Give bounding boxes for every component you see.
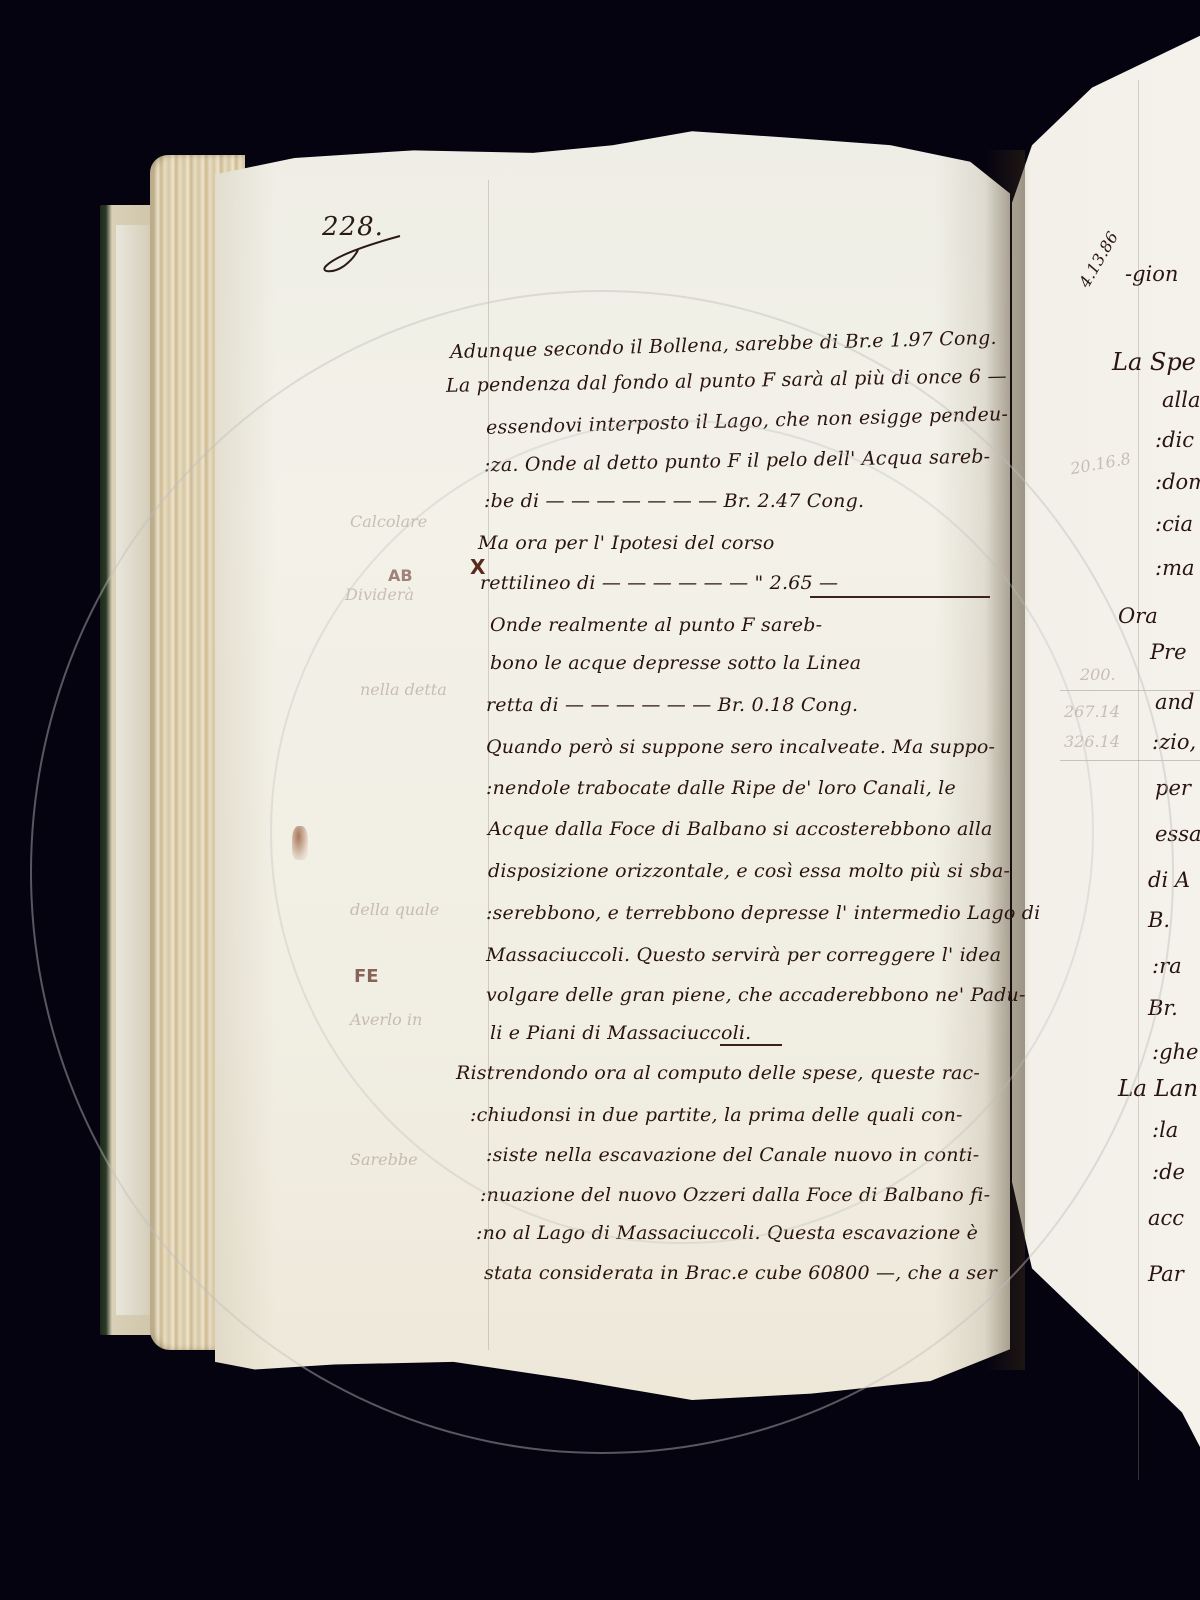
right-page-fragment: :de bbox=[1152, 1160, 1185, 1184]
right-page-fragment: -gion bbox=[1125, 262, 1178, 286]
manuscript-line: volgare delle gran piene, che accaderebb… bbox=[486, 984, 1026, 1006]
manuscript-photo: Calcolare Dividerà nella detta della qua… bbox=[0, 0, 1200, 1600]
right-page-fragment: :ra bbox=[1152, 954, 1182, 978]
margin-mark-ab: AB bbox=[388, 566, 413, 585]
bleed-through-text: Calcolare bbox=[350, 512, 427, 531]
right-page-fragment: and bbox=[1155, 690, 1195, 714]
bleed-through-rule bbox=[1060, 760, 1200, 761]
bleed-through-number: 326.14 bbox=[1064, 732, 1120, 751]
ink-stain bbox=[292, 826, 308, 860]
right-page-fragment: Pre bbox=[1150, 640, 1187, 664]
right-page-fragment: La Lan bbox=[1118, 1076, 1198, 1102]
manuscript-line: stata considerata in Brac.e cube 60800 —… bbox=[484, 1262, 997, 1284]
right-page-fragment: Par bbox=[1148, 1262, 1184, 1286]
manuscript-line: :siste nella escavazione del Canale nuov… bbox=[486, 1144, 979, 1166]
right-page-fragment: essa bbox=[1155, 822, 1200, 846]
right-page-fragment: :zio, bbox=[1152, 730, 1196, 754]
right-page-fragment: :ghe bbox=[1152, 1040, 1198, 1064]
right-page-fragment: :la bbox=[1152, 1118, 1178, 1142]
manuscript-line: :nendole trabocate dalle Ripe de' loro C… bbox=[486, 777, 956, 799]
right-page-margin-rule bbox=[1138, 80, 1139, 1480]
manuscript-line: disposizione orizzontale, e così essa mo… bbox=[488, 860, 1010, 882]
sum-underline bbox=[810, 596, 990, 598]
manuscript-line: Ma ora per l' Ipotesi del corso bbox=[478, 532, 775, 554]
manuscript-line: Onde realmente al punto F sareb- bbox=[490, 614, 822, 636]
bleed-through-number: 200. bbox=[1080, 665, 1116, 684]
manuscript-line: li e Piani di Massaciuccoli. bbox=[490, 1022, 751, 1044]
manuscript-line: :no al Lago di Massaciuccoli. Questa esc… bbox=[476, 1222, 978, 1244]
line-end-flourish bbox=[720, 1044, 782, 1046]
left-page bbox=[215, 130, 1010, 1400]
right-page-fragment: Br. bbox=[1148, 996, 1178, 1020]
manuscript-line: Massaciuccoli. Questo servirà per correg… bbox=[486, 944, 1001, 966]
manuscript-line: rettilineo di — — — — — — " 2.65 — bbox=[480, 572, 838, 594]
right-page-fragment: per bbox=[1155, 776, 1191, 800]
manuscript-line: retta di — — — — — — Br. 0.18 Cong. bbox=[486, 694, 858, 716]
right-page-fragment: :dic bbox=[1155, 428, 1194, 452]
bleed-through-rule bbox=[1060, 690, 1200, 691]
manuscript-line: :chiudonsi in due partite, la prima dell… bbox=[470, 1104, 963, 1126]
manuscript-line: Acque dalla Foce di Balbano si accostere… bbox=[488, 818, 993, 840]
manuscript-line: :be di — — — — — — — Br. 2.47 Cong. bbox=[484, 490, 864, 512]
manuscript-line: :serebbono, e terrebbono depresse l' int… bbox=[486, 902, 1040, 924]
right-page-fragment: alla bbox=[1162, 388, 1200, 412]
right-page-fragment: :cia bbox=[1155, 512, 1193, 536]
bleed-through-text: nella detta bbox=[360, 680, 447, 699]
right-page-fragment: :ma bbox=[1155, 556, 1195, 580]
right-page-fragment: La Spe bbox=[1112, 348, 1196, 376]
bleed-through-text: Dividerà bbox=[345, 585, 414, 604]
manuscript-line: bono le acque depresse sotto la Linea bbox=[490, 652, 861, 674]
margin-mark-fe: FE bbox=[354, 966, 379, 987]
bleed-through-text: Averlo in bbox=[350, 1010, 422, 1029]
right-page-fragment: acc bbox=[1148, 1206, 1184, 1230]
bleed-through-text: della quale bbox=[350, 900, 439, 919]
bleed-through-number: 267.14 bbox=[1064, 702, 1120, 721]
right-page-fragment: :dom bbox=[1155, 470, 1200, 494]
manuscript-line: Ristrendondo ora al computo delle spese,… bbox=[456, 1062, 980, 1084]
bleed-through-text: Sarebbe bbox=[350, 1150, 418, 1169]
manuscript-line: :nuazione del nuovo Ozzeri dalla Foce di… bbox=[480, 1184, 990, 1206]
right-page-fragment: Ora bbox=[1118, 604, 1158, 628]
folio-flourish-icon bbox=[318, 232, 408, 274]
right-page-fragment: B. bbox=[1148, 908, 1170, 932]
manuscript-line: Quando però si suppone sero incalveate. … bbox=[486, 736, 995, 758]
right-page-fragment: di A bbox=[1148, 868, 1190, 892]
